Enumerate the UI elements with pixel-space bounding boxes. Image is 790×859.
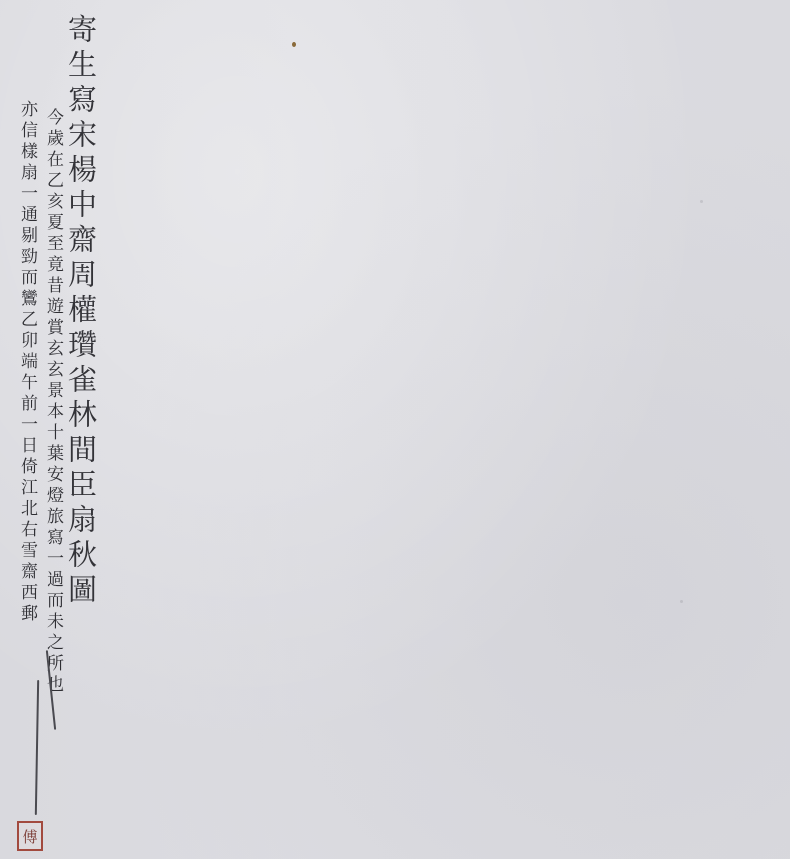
inscription-column-2: 今歲在乙亥夏至竟昔遊賞玄玄景本十葉安燈旅寫一過而未之所也 [44, 108, 61, 696]
paper-fleck [700, 200, 703, 203]
paper-fleck [680, 600, 683, 603]
paper-background [0, 0, 790, 859]
artist-seal: 傅 [17, 821, 43, 851]
paper-fleck [292, 42, 296, 47]
inscription-title-column: 寄生寫宋楊中齋周權瓚雀林間臣扇秋圖 [66, 14, 95, 609]
seal-character: 傅 [22, 826, 37, 847]
inscription-column-3: 亦信樣扇一通剔勁而鸞乙卯端午前一日倚江北右雪齋西郵 [18, 100, 35, 625]
